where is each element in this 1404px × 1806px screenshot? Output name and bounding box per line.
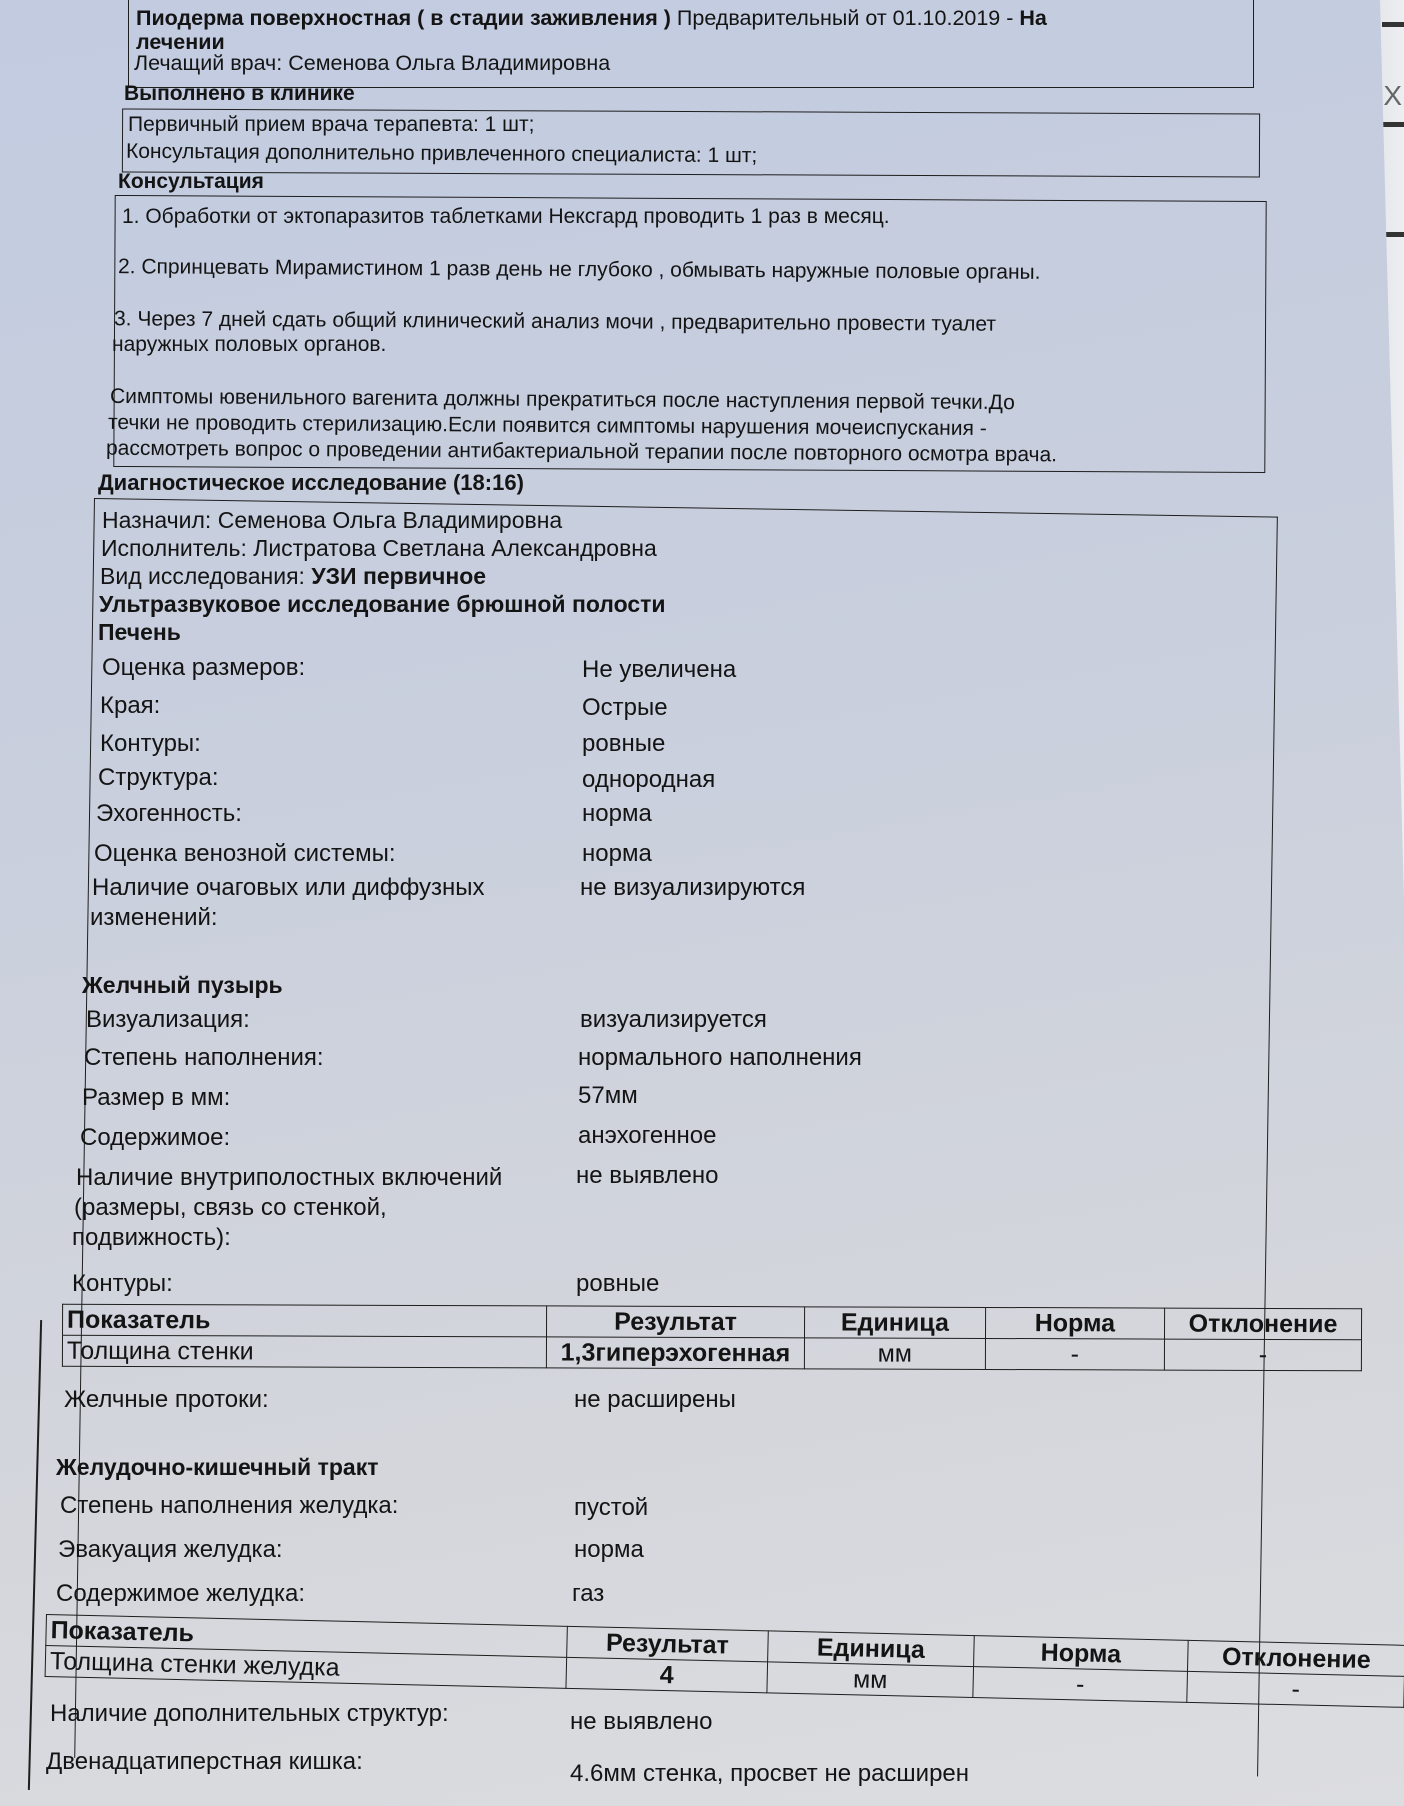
row-label-continued: подвижность): xyxy=(72,1224,231,1252)
column-header: Норма xyxy=(985,1307,1164,1339)
row-label: Двенадцатиперстная кишка: xyxy=(46,1748,363,1776)
assigned-by: Назначил: Семенова Ольга Владимировна xyxy=(102,508,562,532)
doctor-name: Семенова Ольга Владимировна xyxy=(288,51,610,75)
row-label: Структура: xyxy=(98,764,219,792)
table-cell: Толщина стенки xyxy=(62,1335,546,1368)
table-cell: - xyxy=(1164,1339,1361,1371)
row-value: не выявлено xyxy=(576,1162,718,1190)
row-label: Эхогенность: xyxy=(96,800,242,828)
row-label: Содержимое желудка: xyxy=(56,1580,305,1608)
row-value: нормального наполнения xyxy=(578,1044,862,1072)
column-header: Отклонение xyxy=(1188,1640,1404,1676)
column-header: Результат xyxy=(566,1626,768,1662)
column-header: Отклонение xyxy=(1164,1308,1361,1340)
performed-item: Консультация дополнительно привлеченного… xyxy=(126,140,757,168)
row-value: Острые xyxy=(582,694,668,722)
section-title-performed: Выполнено в клинике xyxy=(124,82,355,106)
row-value: анэхогенное xyxy=(578,1122,716,1150)
table-cell: мм xyxy=(767,1662,973,1698)
row-label: Наличие дополнительных структур: xyxy=(50,1700,449,1728)
consultation-item: наружных половых органов. xyxy=(112,333,386,357)
attending-doctor: Лечащий врач: Семенова Ольга Владимировн… xyxy=(134,51,610,75)
study-type: Вид исследования: УЗИ первичное xyxy=(100,564,486,588)
table-cell: 4 xyxy=(566,1657,768,1693)
study-type-label: Вид исследования: xyxy=(100,563,311,589)
row-label: Степень наполнения желудка: xyxy=(60,1492,398,1520)
section-title-consultation: Консультация xyxy=(118,170,264,194)
subsection-liver: Печень xyxy=(98,619,181,646)
background-bar xyxy=(1382,22,1404,27)
consultation-item: 1. Обработки от эктопаразитов таблетками… xyxy=(122,205,890,229)
row-label: Оценка венозной системы: xyxy=(94,840,396,868)
column-header: Показатель xyxy=(63,1304,547,1337)
row-value: однородная xyxy=(582,766,715,794)
table-cell: мм xyxy=(804,1338,985,1370)
subsection-gallbladder: Желчный пузырь xyxy=(82,972,283,999)
row-label: Степень наполнения: xyxy=(84,1044,324,1072)
study-type-value: УЗИ первичное xyxy=(311,563,486,589)
row-value: 4.6мм стенка, просвет не расширен xyxy=(570,1760,969,1788)
table-row: Толщина стенки1,3гиперэхогеннаямм-- xyxy=(62,1335,1361,1371)
row-value: пустой xyxy=(574,1494,648,1522)
row-value: газ xyxy=(572,1580,604,1608)
table-header-row: ПоказательРезультатЕдиницаНормаОтклонени… xyxy=(63,1304,1362,1340)
row-label: Оценка размеров: xyxy=(102,654,305,682)
column-header: Единица xyxy=(768,1631,974,1667)
diagnosis-type: Предварительный от 01.10.2019 xyxy=(677,6,1000,30)
row-value: визуализируется xyxy=(580,1006,767,1034)
row-label: Содержимое: xyxy=(80,1124,230,1152)
row-label-continued: изменений: xyxy=(90,904,218,932)
column-header: Результат xyxy=(547,1306,805,1338)
row-value: 57мм xyxy=(578,1082,638,1110)
status-separator: - xyxy=(1000,6,1019,30)
row-value: не расширены xyxy=(574,1386,736,1414)
row-label: Размер в мм: xyxy=(82,1084,230,1112)
row-value: норма xyxy=(582,800,652,828)
document-page: Пиодерма поверхностная ( в стадии заживл… xyxy=(0,0,1404,1806)
page-left-rule xyxy=(28,1320,42,1790)
row-label-continued: (размеры, связь со стенкой, xyxy=(74,1194,387,1222)
diagnosis-line: Пиодерма поверхностная ( в стадии заживл… xyxy=(136,6,1047,30)
background-bar xyxy=(1382,122,1404,127)
table-cell: - xyxy=(1187,1671,1404,1707)
row-label: Края: xyxy=(100,692,160,720)
diagnosis-name: Пиодерма поверхностная ( в стадии заживл… xyxy=(136,6,671,30)
row-label: Визуализация: xyxy=(86,1006,250,1034)
table-cell: 1,3гиперэхогенная xyxy=(546,1337,804,1369)
row-value: Не увеличена xyxy=(582,656,736,684)
column-header: Единица xyxy=(804,1307,985,1339)
row-value: ровные xyxy=(582,730,665,758)
background-x-mark: X xyxy=(1383,80,1402,112)
row-value: не визуализируются xyxy=(580,874,805,902)
row-label: Эвакуация желудка: xyxy=(58,1536,283,1564)
subsection-gi-tract: Желудочно-кишечный тракт xyxy=(56,1454,378,1481)
row-value: не выявлено xyxy=(570,1708,712,1736)
row-label: Контуры: xyxy=(72,1270,173,1298)
gallbladder-table: ПоказательРезультатЕдиницаНормаОтклонени… xyxy=(62,1304,1362,1372)
study-title: Ультразвуковое исследование брюшной поло… xyxy=(99,592,666,616)
row-label: Наличие очаговых или диффузных xyxy=(92,874,485,902)
performer: Исполнитель: Листратова Светлана Алексан… xyxy=(101,536,657,560)
status-badge: На xyxy=(1019,6,1046,30)
row-value: ровные xyxy=(576,1270,659,1298)
row-label: Наличие внутриполостных включений xyxy=(76,1164,502,1192)
performed-item: Первичный прием врача терапевта: 1 шт; xyxy=(128,113,535,137)
table-cell: - xyxy=(985,1338,1164,1370)
table-cell: - xyxy=(973,1667,1188,1703)
row-value: норма xyxy=(574,1536,644,1564)
row-label: Контуры: xyxy=(100,730,201,758)
section-title-diagnostic: Диагностическое исследование (18:16) xyxy=(98,470,524,496)
column-header: Норма xyxy=(973,1636,1188,1672)
row-label: Желчные протоки: xyxy=(64,1386,269,1414)
row-value: норма xyxy=(582,840,652,868)
doctor-label: Лечащий врач: xyxy=(134,51,282,75)
